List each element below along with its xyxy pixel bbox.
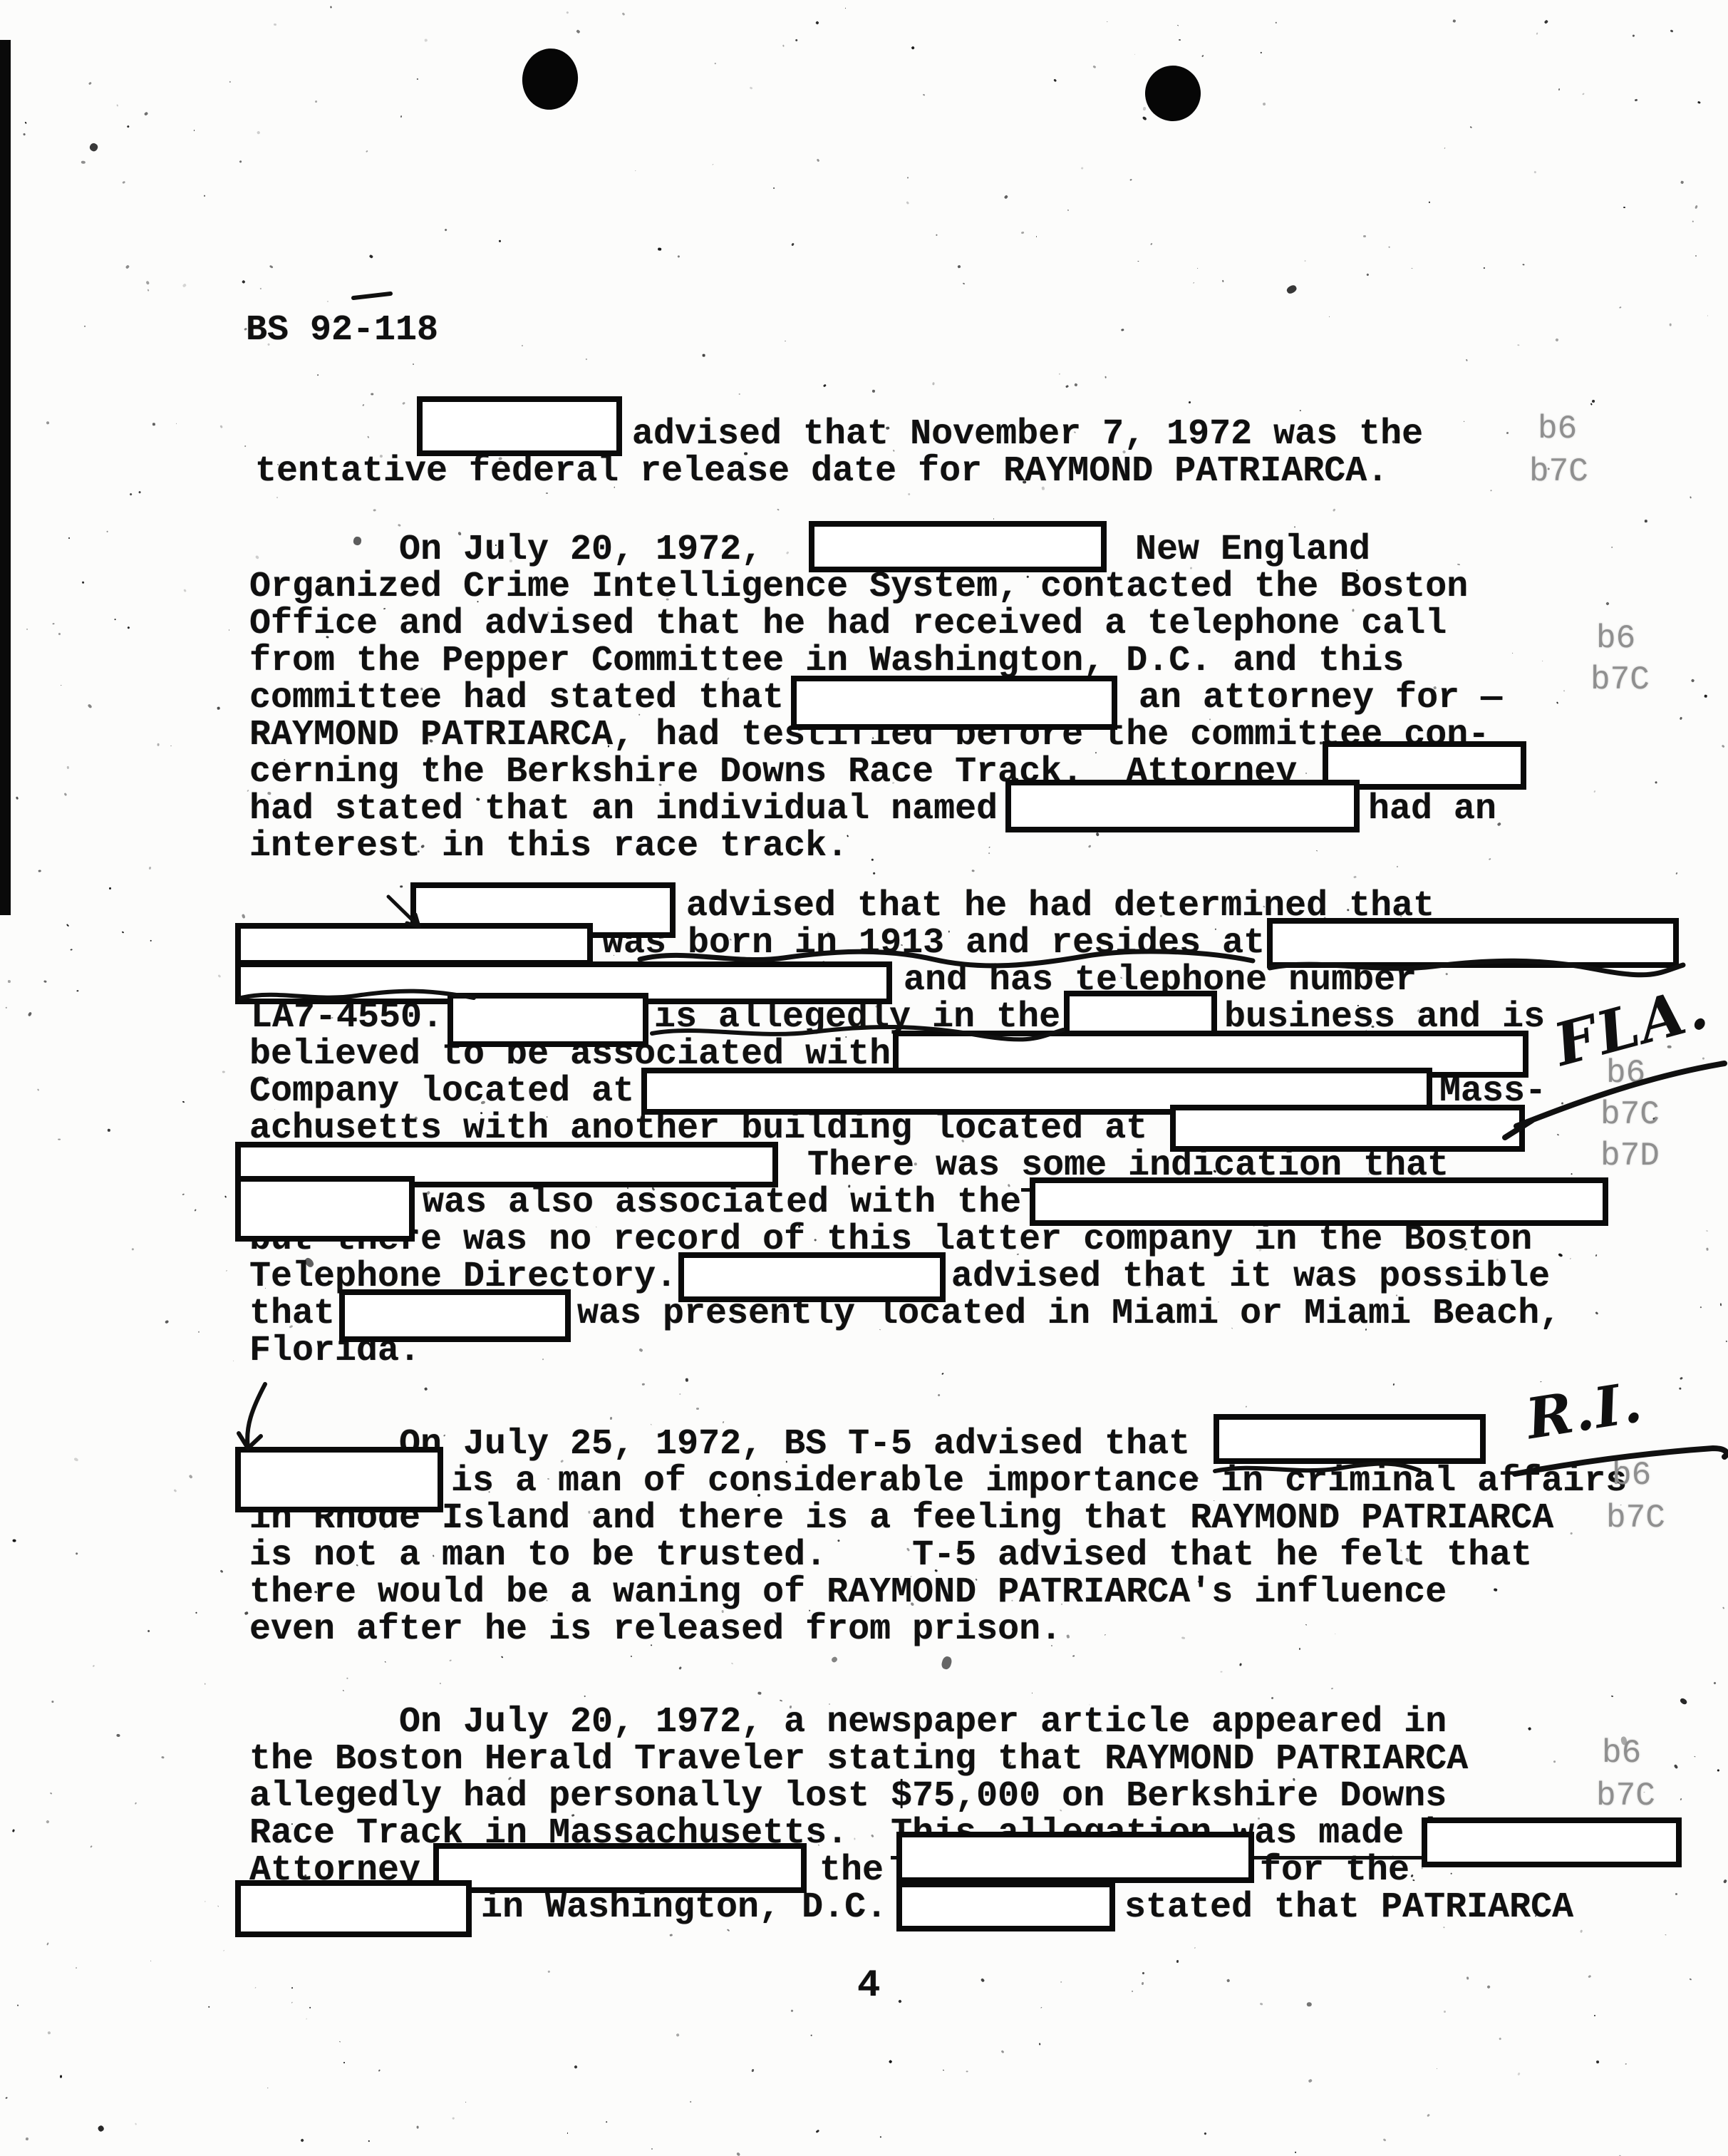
typed-segment: for the: [1260, 1852, 1409, 1890]
typed-segment: was born in 1913 and resides at: [602, 924, 1265, 963]
typed-line: tentative federal release date for RAYMO…: [255, 453, 1388, 491]
margin-code: b7C: [1600, 1096, 1660, 1133]
redaction-box: [1214, 1414, 1486, 1464]
typed-segment: an attorney for —: [1139, 679, 1502, 718]
typed-line: even after he is released from prison.: [249, 1611, 1062, 1649]
scan-edge-bar: [0, 40, 11, 915]
margin-code: b7C: [1529, 453, 1588, 490]
typed-line: the Boston Herald Traveler stating that …: [249, 1740, 1468, 1779]
redaction-box: [339, 1289, 571, 1342]
redaction-box: [235, 1880, 472, 1937]
redaction-box: [791, 676, 1117, 730]
redaction-box: [809, 521, 1107, 572]
typed-segment: is a man of considerable importance in c…: [451, 1463, 1627, 1501]
typed-segment: that: [249, 1295, 335, 1334]
typed-line: allegedly had personally lost $75,000 on…: [249, 1778, 1447, 1816]
margin-code: b7C: [1596, 1778, 1655, 1815]
redaction-box: [417, 396, 622, 456]
typed-segment: advised that November 7, 1972 was the: [632, 416, 1423, 454]
typed-line: Organized Crime Intelligence System, con…: [249, 568, 1468, 607]
typed-segment: committee had stated that: [249, 679, 784, 718]
margin-code: b6: [1596, 620, 1635, 657]
typed-segment: On July 20, 1972,: [399, 531, 762, 569]
redaction-box: [235, 923, 593, 966]
typed-segment: There was: [807, 1145, 1021, 1186]
redaction-box: [1005, 780, 1360, 832]
redaction-box: [447, 993, 648, 1047]
typed-line: in Rhode Island and there is a feeling t…: [249, 1500, 1553, 1538]
redaction-box: [1267, 918, 1679, 968]
typed-segment: D.C. and this: [1104, 641, 1404, 681]
redaction-box: [1030, 1177, 1608, 1226]
margin-code: b6: [1612, 1457, 1651, 1494]
typed-segment: On July 20, 1972, a newspaper article ap…: [399, 1703, 1447, 1742]
page-number: 4: [857, 1964, 880, 2008]
typed-segment: Company located at: [249, 1073, 634, 1111]
document-page: BS 92-118 advised that November 7, 1972 …: [0, 0, 1728, 2156]
redaction-box: [433, 1843, 807, 1893]
redaction-box: [235, 1447, 443, 1512]
typed-segment: stated that PATRIARCA: [1124, 1889, 1573, 1927]
typed-line: Race Track in Massachusetts. This allega…: [249, 1815, 1468, 1853]
margin-code: b7C: [1606, 1500, 1665, 1537]
typed-segment: had an: [1368, 790, 1496, 829]
typed-line: from the Pepper Committee in Washington,…: [249, 642, 1404, 681]
case-number: BS 92-118: [246, 310, 438, 351]
typed-segment: the: [819, 1852, 884, 1890]
typed-segment: advised that it was possible: [951, 1258, 1550, 1296]
redaction-box: [235, 1176, 415, 1242]
margin-code: b6: [1602, 1735, 1641, 1772]
margin-code: b7C: [1590, 661, 1650, 698]
redaction-box: [896, 1882, 1115, 1931]
redaction-box: [678, 1252, 946, 1302]
redaction-box: [1422, 1817, 1682, 1867]
typed-line: is not a man to be trusted. T-5 advised …: [249, 1537, 1532, 1575]
margin-code: b6: [1538, 411, 1577, 448]
typed-line: there would be a waning of RAYMOND PATRI…: [249, 1574, 1447, 1612]
typed-segment: had stated that an individual named: [249, 790, 998, 829]
typed-line: interest in this race track.: [249, 827, 848, 866]
typed-segment: New England: [1135, 531, 1370, 569]
margin-code: b7D: [1600, 1138, 1660, 1175]
typed-segment: was also associated with the: [423, 1184, 1021, 1222]
typed-segment: On July 25, 1972, BS T-5 advised that: [399, 1425, 1190, 1464]
typed-segment: LA7-4550.: [251, 999, 443, 1037]
redaction-box: [1170, 1105, 1525, 1152]
typed-segment: in Washington, D.C.: [481, 1889, 887, 1927]
typed-line: Office and advised that he had received …: [249, 605, 1447, 644]
redaction-box: [896, 1832, 1254, 1883]
typed-segment: from the Pepper Committee: [249, 641, 805, 681]
